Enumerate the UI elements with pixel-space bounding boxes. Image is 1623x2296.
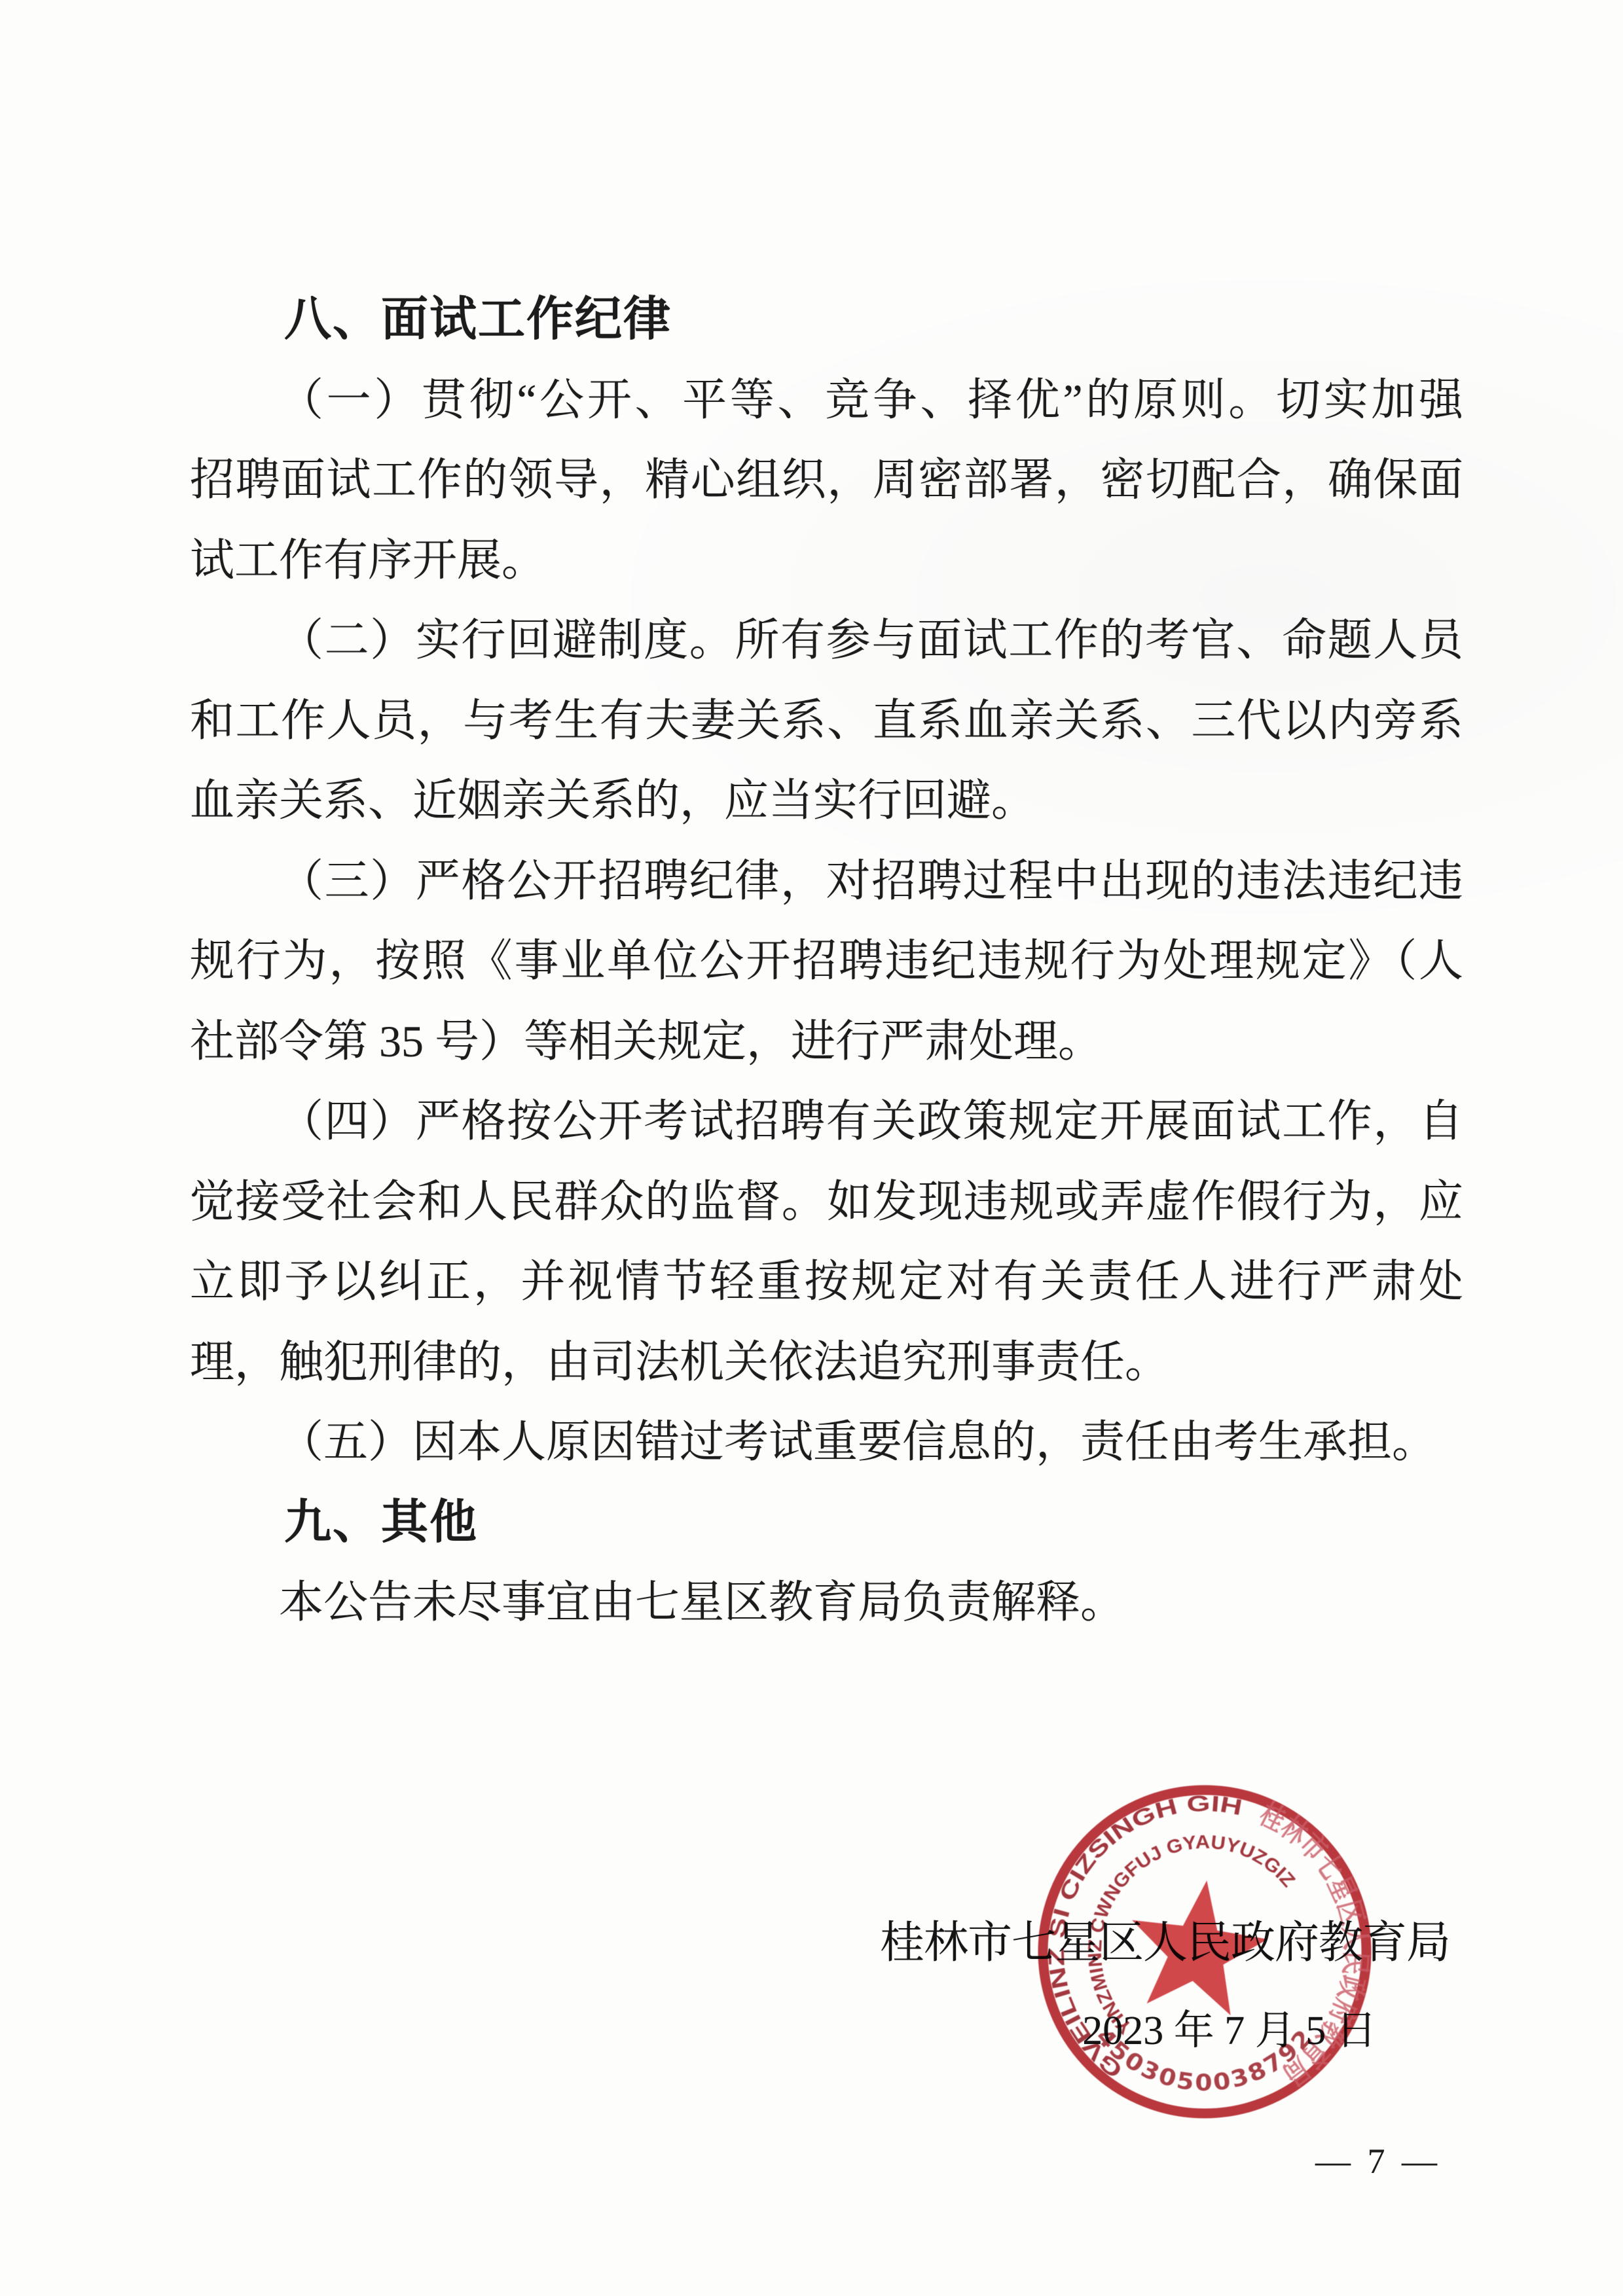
doc-line: 本公告未尽事宜由七星区教育局负责解释。 [190,1562,1463,1643]
page-number: — 7 — [1283,2135,1473,2187]
doc-line: 招聘面试工作的领导，精心组织，周密部署，密切配合，确保面 [190,440,1463,520]
doc-line: 立即予以纠正，并视情节轻重按规定对有关责任人进行严肃处 [190,1242,1463,1322]
official-seal-icon: GVEILINZ SI CIZSINGH GIH 桂林市七星区人民政府教育局 Y… [1021,1768,1388,2135]
doc-line: 血亲关系、近姻亲关系的，应当实行回避。 [190,761,1463,841]
doc-line: 社部令第 35 号）等相关规定，进行严肃处理。 [190,1001,1463,1082]
seal-star-icon [1132,1880,1267,2015]
seal-code-text: 4503050038792 [1091,2024,1319,2096]
doc-line: 试工作有序开展。 [190,520,1463,601]
seal-chinese-ring-text: 桂林市七星区人民政府教育局 [1254,1797,1372,2092]
doc-line: 觉接受社会和人民群众的监督。如发现违规或弄虚作假行为，应 [190,1162,1463,1242]
document-page: 八、面试工作纪律 （一）贯彻“公开、平等、竞争、择优”的原则。切实加强 招聘面试… [0,0,1623,2296]
doc-line: （一）贯彻“公开、平等、竞争、择优”的原则。切实加强 [190,360,1463,440]
doc-line: （五）因本人原因错过考试重要信息的，责任由考生承担。 [190,1402,1463,1482]
doc-line: 规行为，按照《事业单位公开招聘违纪违规行为处理规定》（人 [190,921,1463,1001]
section-9-heading: 九、其他 [190,1482,1463,1563]
doc-line: （三）严格公开招聘纪律，对招聘过程中出现的违法违纪违 [190,841,1463,922]
document-body: 八、面试工作纪律 （一）贯彻“公开、平等、竞争、择优”的原则。切实加强 招聘面试… [190,279,1463,1643]
doc-line: 理，触犯刑律的，由司法机关依法追究刑事责任。 [190,1322,1463,1403]
section-8-heading: 八、面试工作纪律 [190,279,1463,360]
doc-line: （四）严格按公开考试招聘有关政策规定开展面试工作，自 [190,1081,1463,1162]
doc-line: （二）实行回避制度。所有参与面试工作的考官、命题人员 [190,600,1463,681]
doc-line: 和工作人员，与考生有夫妻关系、直系血亲关系、三代以内旁系 [190,681,1463,761]
